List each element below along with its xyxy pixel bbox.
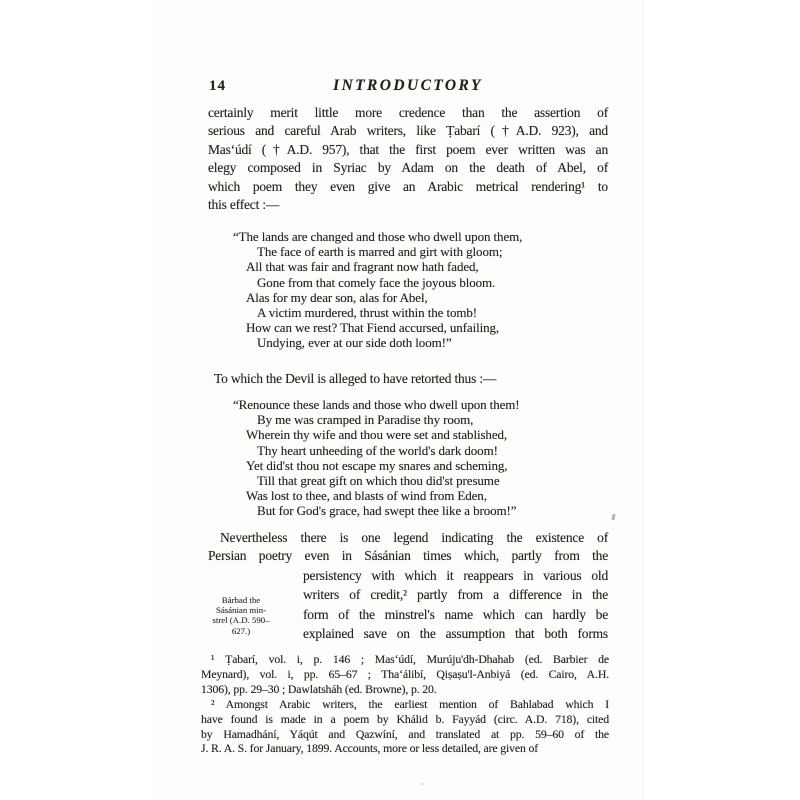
- adam-elegy-poem: “The lands are changed and those who dwe…: [246, 229, 616, 351]
- sidenote-line: Sásánian min-: [184, 605, 298, 615]
- paragraph-line: Masʻúdí (†A.D. 957), that the first poem…: [208, 141, 608, 159]
- intro-paragraph: certainly merit little more credence tha…: [208, 104, 608, 214]
- verse-line: By me was cramped in Paradise thy room,: [246, 412, 616, 427]
- scanned-book-page: { "page": { "number": "14", "header_titl…: [0, 0, 800, 800]
- footnote-line: ¹ Ṭabarí, vol. i, p. 146 ; Masʻúdí, Murú…: [201, 652, 609, 667]
- marginal-sidenote: Bárbad the Sásánian min- strel (A.D. 590…: [184, 595, 298, 636]
- verse-line: Till that great gift on which thou did's…: [246, 473, 616, 488]
- footnote-line: have found is made in a poem by Khálid b…: [201, 712, 609, 727]
- paragraph-line: Persian poetry even in Sásánian times wh…: [208, 547, 608, 565]
- verse-line: All that was fair and fragrant now hath …: [246, 259, 616, 274]
- footnotes-section: ¹ Ṭabarí, vol. i, p. 146 ; Masʻúdí, Murú…: [201, 652, 609, 756]
- verse-line: “Renounce these lands and those who dwel…: [246, 397, 616, 412]
- barbad-paragraph-full: Nevertheless there is one legend indicat…: [208, 529, 608, 566]
- retort-intro-line: To which the Devil is alleged to have re…: [208, 370, 608, 388]
- verse-line: A victim murdered, thrust within the tom…: [246, 305, 616, 320]
- paragraph-line: which poem they even give an Arabic metr…: [208, 178, 608, 196]
- verse-line: But for God's grace, had swept thee like…: [246, 503, 616, 518]
- paragraph-line: Nevertheless there is one legend indicat…: [208, 529, 608, 547]
- footnote-line: by Hamadhání, Yáqút and Qazwíní, and tra…: [201, 727, 609, 742]
- verse-line: Undying, ever at our side doth loom!”: [246, 335, 616, 350]
- paragraph-line: elegy composed in Syriac by Adam on the …: [208, 159, 608, 177]
- footnote-line: J. R. A. S. for January, 1899. Accounts,…: [201, 741, 609, 756]
- verse-line: “The lands are changed and those who dwe…: [246, 229, 616, 244]
- verse-line: The face of earth is marred and girt wit…: [246, 244, 616, 259]
- paragraph-line: persistency with which it reappears in v…: [208, 566, 608, 585]
- verse-line: Yet did'st thou not escape my snares and…: [246, 458, 616, 473]
- sidenote-line: 627.): [184, 626, 298, 636]
- running-title: INTRODUCTORY: [208, 77, 608, 95]
- footnote-line: ² Amongst Arabic writers, the earliest m…: [201, 697, 609, 712]
- verse-line: Alas for my dear son, alas for Abel,: [246, 290, 616, 305]
- sidenote-line: Bárbad the: [184, 595, 298, 605]
- verse-line: Gone from that comely face the joyous bl…: [246, 275, 616, 290]
- verse-line: Was lost to thee, and blasts of wind fro…: [246, 488, 616, 503]
- verse-line: Wherein thy wife and thou were set and s…: [246, 427, 616, 442]
- paragraph-line: this effect :—: [208, 196, 608, 214]
- scan-artifact: [420, 783, 425, 785]
- verse-line: How can we rest? That Fiend accursed, un…: [246, 320, 616, 335]
- footnote-line: Meynard), vol. i, pp. 65–67 ; Thaʻálibí,…: [201, 667, 609, 682]
- devil-retort-poem: “Renounce these lands and those who dwel…: [246, 397, 616, 519]
- verse-line: Thy heart unheeding of the world's dark …: [246, 443, 616, 458]
- footnote-line: 1306), pp. 29–30 ; Dawlatsháh (ed. Brown…: [201, 682, 609, 697]
- sidenote-line: strel (A.D. 590–: [184, 615, 298, 625]
- paragraph-line: serious and careful Arab writers, like Ṭ…: [208, 122, 608, 140]
- paragraph-line: certainly merit little more credence tha…: [208, 104, 608, 122]
